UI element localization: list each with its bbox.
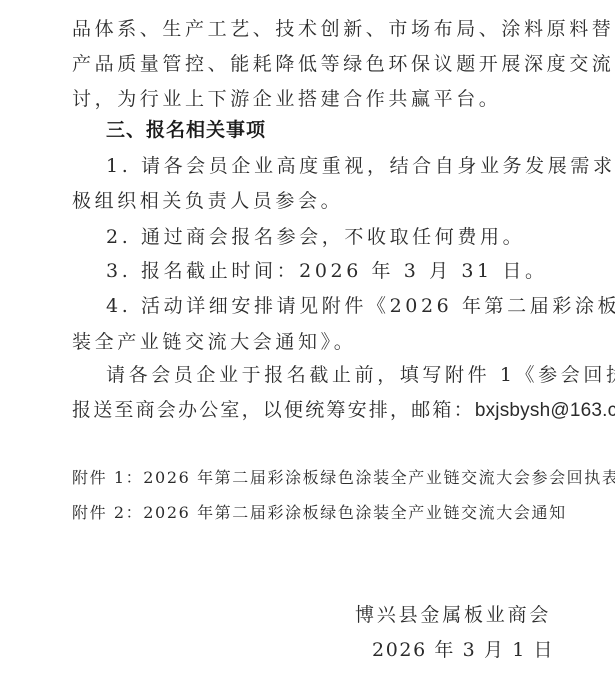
- signature-organization: 博兴县金属板业商会: [355, 603, 551, 627]
- paragraph-line: 讨，为行业上下游企业搭建合作共赢平台。: [72, 87, 501, 111]
- email-link[interactable]: bxjsbysh@163.com: [475, 400, 615, 421]
- closing-paragraph-line-1: 请各会员企业于报名截止前，填写附件 1《参会回执表》: [106, 363, 615, 387]
- closing-paragraph-line-2: 报送至商会办公室，以便统筹安排，邮箱：bxjsbysh@163.com。: [72, 398, 615, 423]
- paragraph-line: 品体系、生产工艺、技术创新、市场布局、涂料原料替代、: [72, 17, 615, 41]
- list-item-4-line-1: 4. 活动详细安排请见附件《2026 年第二届彩涂板绿色涂: [106, 294, 615, 318]
- paragraph-line: 产品质量管控、能耗降低等绿色环保议题开展深度交流与探: [72, 52, 615, 76]
- section-heading: 三、报名相关事项: [106, 118, 266, 142]
- signature-date: 2026 年 3 月 1 日: [372, 638, 554, 662]
- list-item-1-line-2: 极组织相关负责人员参会。: [72, 189, 343, 213]
- list-item-4-line-2: 装全产业链交流大会通知》。: [72, 330, 356, 354]
- attachment-1: 附件 1：2026 年第二届彩涂板绿色涂装全产业链交流大会参会回执表: [72, 466, 615, 490]
- attachment-2: 附件 2：2026 年第二届彩涂板绿色涂装全产业链交流大会通知: [72, 501, 567, 525]
- closing-paragraph-text: 报送至商会办公室，以便统筹安排，邮箱：: [72, 399, 475, 421]
- list-item-3: 3. 报名截止时间：2026 年 3 月 31 日。: [106, 259, 548, 283]
- list-item-2: 2. 通过商会报名参会，不收取任何费用。: [106, 225, 525, 249]
- list-item-1-line-1: 1. 请各会员企业高度重视，结合自身业务发展需求，积: [106, 154, 615, 178]
